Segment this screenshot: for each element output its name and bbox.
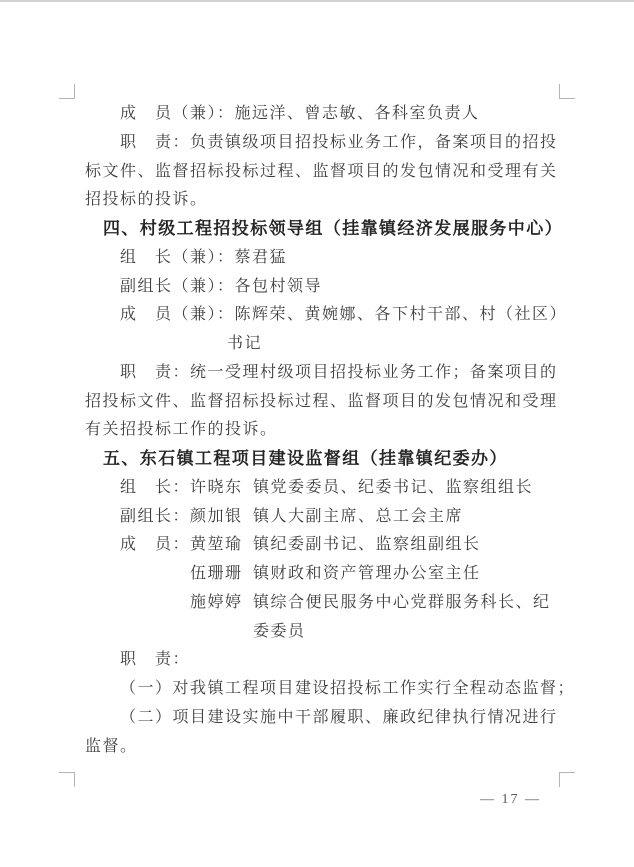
- doc-line: 成 员（兼）：施远洋、曾志敏、各科室负责人: [120, 100, 590, 129]
- role-label: 组 长：: [120, 474, 190, 503]
- doc-line: 职 责：: [120, 646, 590, 675]
- person-title: 镇党委委员、纪委书记、监察组组长: [253, 479, 533, 496]
- role-label: 成 员：: [120, 531, 190, 560]
- person-name: 施婷婷: [190, 589, 253, 618]
- heading-line: 五、东石镇工程项目建设监督组（挂靠镇纪委办）: [103, 445, 590, 474]
- doc-line: 组 长：许晓东镇党委委员、纪委书记、监察组组长: [120, 474, 590, 503]
- page-number: — 17 —: [480, 792, 541, 808]
- doc-line: 职 责：统一受理村级项目招投标业务工作；备案项目的: [120, 359, 590, 388]
- heading-line: 四、村级工程招投标领导组（挂靠镇经济发展服务中心）: [103, 215, 590, 244]
- role-label: 副组长：: [120, 503, 190, 532]
- doc-line: 施婷婷镇综合便民服务中心党群服务科长、纪: [190, 589, 590, 618]
- doc-line: 标文件、监督招标投标过程、监督项目的发包情况和受理有关: [85, 158, 590, 187]
- doc-line: 伍珊珊镇财政和资产管理办公室主任: [190, 560, 590, 589]
- doc-line: 组 长（兼）：蔡君猛: [120, 244, 590, 273]
- page-top-edge: [0, 0, 634, 2]
- crop-mark-bottom-left: [59, 772, 75, 787]
- doc-line: 委委员: [253, 618, 590, 647]
- doc-line: 成 员：黄堃瑜镇纪委副书记、监察组副组长: [120, 531, 590, 560]
- person-title: 镇人大副主席、总工会主席: [253, 508, 463, 525]
- person-name: 黄堃瑜: [190, 531, 253, 560]
- crop-mark-top-right: [559, 84, 575, 99]
- doc-line: （一）对我镇工程项目建设招投标工作实行全程动态监督；: [120, 675, 590, 704]
- doc-line: （二）项目建设实施中干部履职、廉政纪律执行情况进行: [120, 704, 590, 733]
- person-name: 颜加银: [190, 503, 253, 532]
- text-block: 成 员（兼）：施远洋、曾志敏、各科室负责人职 责：负责镇级项目招投标业务工作，备…: [85, 100, 590, 761]
- doc-line: 书记: [227, 330, 590, 359]
- crop-mark-bottom-right: [559, 772, 575, 787]
- doc-line: 职 责：负责镇级项目招投标业务工作，备案项目的招投: [120, 129, 590, 158]
- person-name: 许晓东: [190, 474, 253, 503]
- person-title: 镇财政和资产管理办公室主任: [253, 565, 481, 582]
- doc-line: 副组长：颜加银镇人大副主席、总工会主席: [120, 503, 590, 532]
- person-title: 镇综合便民服务中心党群服务科长、纪: [253, 594, 551, 611]
- person-title: 镇纪委副书记、监察组副组长: [253, 536, 481, 553]
- doc-line: 有关招投标工作的投诉。: [85, 416, 590, 445]
- person-name: 伍珊珊: [190, 560, 253, 589]
- doc-line: 招投标文件、监督招标投标过程、监督项目的发包情况和受理: [85, 388, 590, 417]
- doc-line: 副组长（兼）：各包村领导: [120, 273, 590, 302]
- document-page: 成 员（兼）：施远洋、曾志敏、各科室负责人职 责：负责镇级项目招投标业务工作，备…: [0, 0, 634, 867]
- crop-mark-top-left: [59, 84, 75, 99]
- doc-line: 招投标的投诉。: [85, 186, 590, 215]
- doc-line: 监督。: [85, 733, 590, 762]
- doc-line: 成 员（兼）：陈辉荣、黄婉娜、各下村干部、村（社区）: [120, 301, 590, 330]
